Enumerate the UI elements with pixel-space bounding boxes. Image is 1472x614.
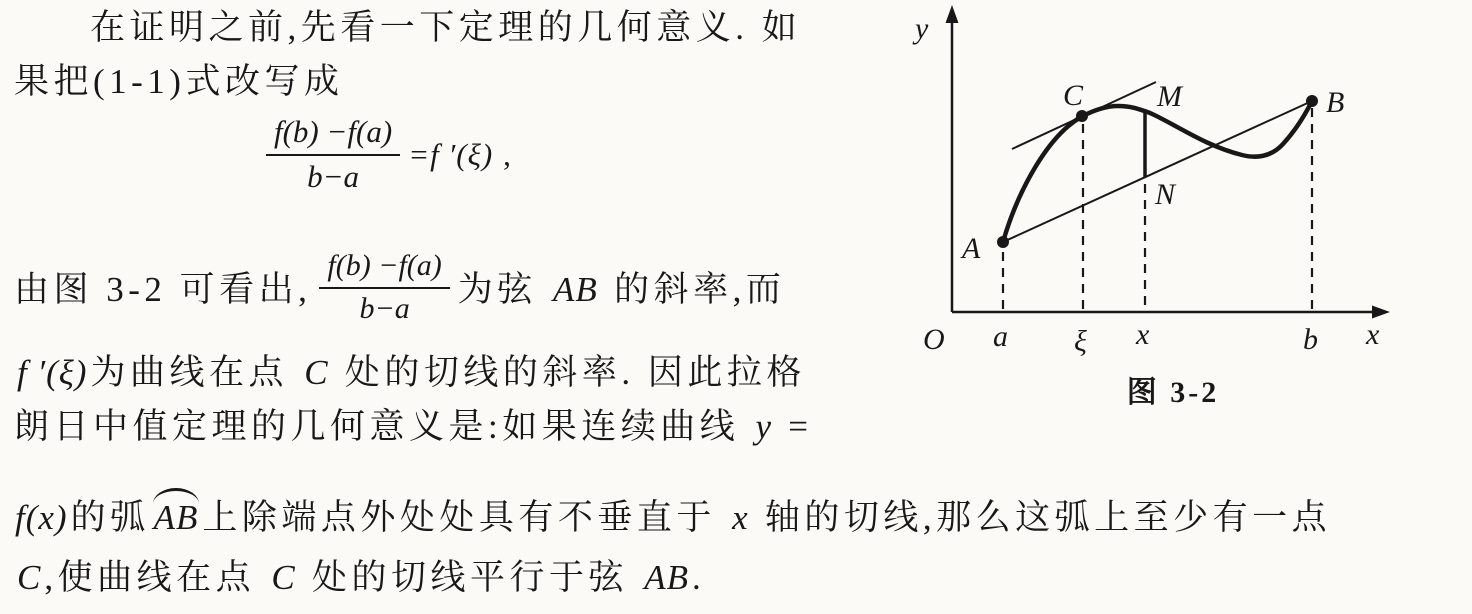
paragraph-line-2: 果把(1-1)式改写成: [14, 61, 343, 103]
figure-3-2: y O a ξ x b x A B C M N: [900, 0, 1420, 420]
label-point-b: B: [1326, 86, 1344, 119]
text-run: y: [752, 407, 775, 446]
point-dot-a: [997, 236, 1009, 248]
text-run: ,使曲线在点: [44, 558, 268, 597]
line3-pre-text: 由图 3-2 可看出,: [14, 262, 311, 312]
x-axis-arrow-icon: [1372, 306, 1390, 319]
y-axis-arrow-icon: [946, 5, 959, 23]
text-run: =: [775, 407, 813, 446]
label-point-m: M: [1156, 80, 1184, 113]
label-point-n: N: [1154, 178, 1177, 211]
text-run: 为弦: [458, 270, 550, 309]
paragraph-line-3: 由图 3-2 可看出, f(b) −f(a) b−a 为弦 AB 的斜率,而: [14, 239, 785, 335]
inline-fraction-denominator: b−a: [359, 289, 409, 326]
label-axis-x: x: [1365, 318, 1380, 351]
text-run: AB: [641, 558, 692, 597]
text-run: AB: [154, 497, 199, 539]
text-run: C: [301, 353, 331, 392]
label-origin: O: [923, 323, 945, 356]
paragraph-line-5: 朗日中值定理的几何意义是:如果连续曲线 y =: [14, 406, 813, 448]
label-tick-b: b: [1303, 323, 1318, 356]
text-run: 果把(1-1)式改写成: [14, 62, 343, 101]
label-axis-y: y: [912, 12, 929, 45]
text-run: C: [14, 558, 44, 597]
text-run: f ′(ξ): [14, 353, 90, 392]
point-dot-b: [1306, 95, 1318, 107]
text-run: f(x): [12, 498, 71, 537]
textbook-page: 在证明之前,先看一下定理的几何意义. 如 果把(1-1)式改写成 f(b) −f…: [0, 0, 1472, 614]
formula-rhs: =f ′(ξ): [408, 137, 493, 173]
text-run: C: [268, 558, 298, 597]
text-run: 处的切线的斜率. 因此拉格: [332, 353, 806, 392]
fraction: f(b) −f(a) b−a: [266, 114, 400, 195]
paragraph-line-1: 在证明之前,先看一下定理的几何意义. 如: [90, 7, 801, 49]
label-tick-x: x: [1135, 318, 1150, 351]
text-run: x: [729, 498, 752, 537]
fraction-numerator: f(b) −f(a): [266, 114, 400, 156]
text-run: 由图 3-2 可看出,: [14, 270, 311, 309]
text-run: 处的切线平行于弦: [299, 558, 642, 597]
chord-ab: [1003, 101, 1312, 242]
text-run: AB: [550, 270, 601, 309]
line3-post-text: 为弦 AB 的斜率,而: [458, 262, 786, 312]
label-tick-xi: ξ: [1074, 325, 1087, 358]
text-run: 的弧: [71, 498, 150, 537]
inline-fraction: f(b) −f(a) b−a: [319, 249, 449, 326]
formula-comma: ,: [503, 137, 511, 173]
paragraph-line-7: C,使曲线在点 C 处的切线平行于弦 AB.: [14, 557, 705, 599]
label-point-c: C: [1063, 79, 1084, 112]
paragraph-line-6: f(x)的弧AB上除端点外处处具有不垂直于 x 轴的切线,那么这弧上至少有一点: [12, 497, 1331, 539]
text-run: 在证明之前,先看一下定理的几何意义. 如: [90, 8, 801, 47]
text-run: 朗日中值定理的几何意义是:如果连续曲线: [14, 407, 752, 446]
label-point-a: A: [960, 232, 981, 265]
inline-fraction-numerator: f(b) −f(a): [319, 249, 449, 289]
label-tick-a: a: [993, 320, 1008, 353]
display-formula: f(b) −f(a) b−a =f ′(ξ) ,: [266, 114, 511, 195]
text-run: 的斜率,而: [601, 270, 786, 309]
text-run: .: [692, 558, 705, 597]
figure-caption: 图 3-2: [1093, 367, 1253, 411]
text-run: 为曲线在点: [90, 353, 301, 392]
fraction-denominator: b−a: [307, 156, 359, 195]
paragraph-line-4: f ′(ξ)为曲线在点 C 处的切线的斜率. 因此拉格: [14, 352, 806, 394]
text-run: 上除端点外处处具有不垂直于: [202, 498, 729, 537]
text-run: 轴的切线,那么这弧上至少有一点: [752, 498, 1332, 537]
